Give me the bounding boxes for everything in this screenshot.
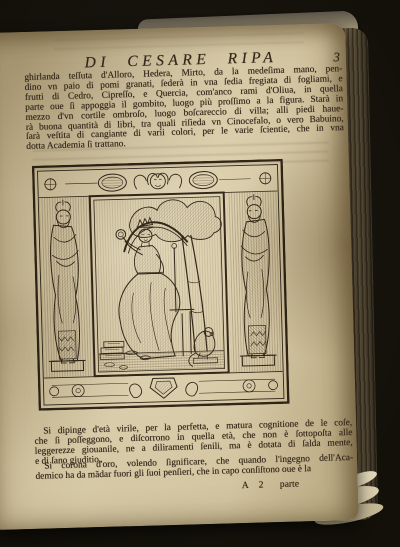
book-photograph: DI CESARE RIPA 3 ghirlanda teſſuta d'All… [0, 0, 400, 547]
signature-mark: A 2 [242, 479, 268, 491]
opening-paragraph: ghirlanda teſſuta d'Alloro, Hedera, Mirt… [24, 65, 344, 153]
catchword: parte [280, 479, 299, 491]
book-page: DI CESARE RIPA 3 ghirlanda teſſuta d'All… [0, 23, 359, 530]
academia-woodcut-illustration [32, 159, 290, 411]
page-number: 3 [333, 49, 340, 65]
